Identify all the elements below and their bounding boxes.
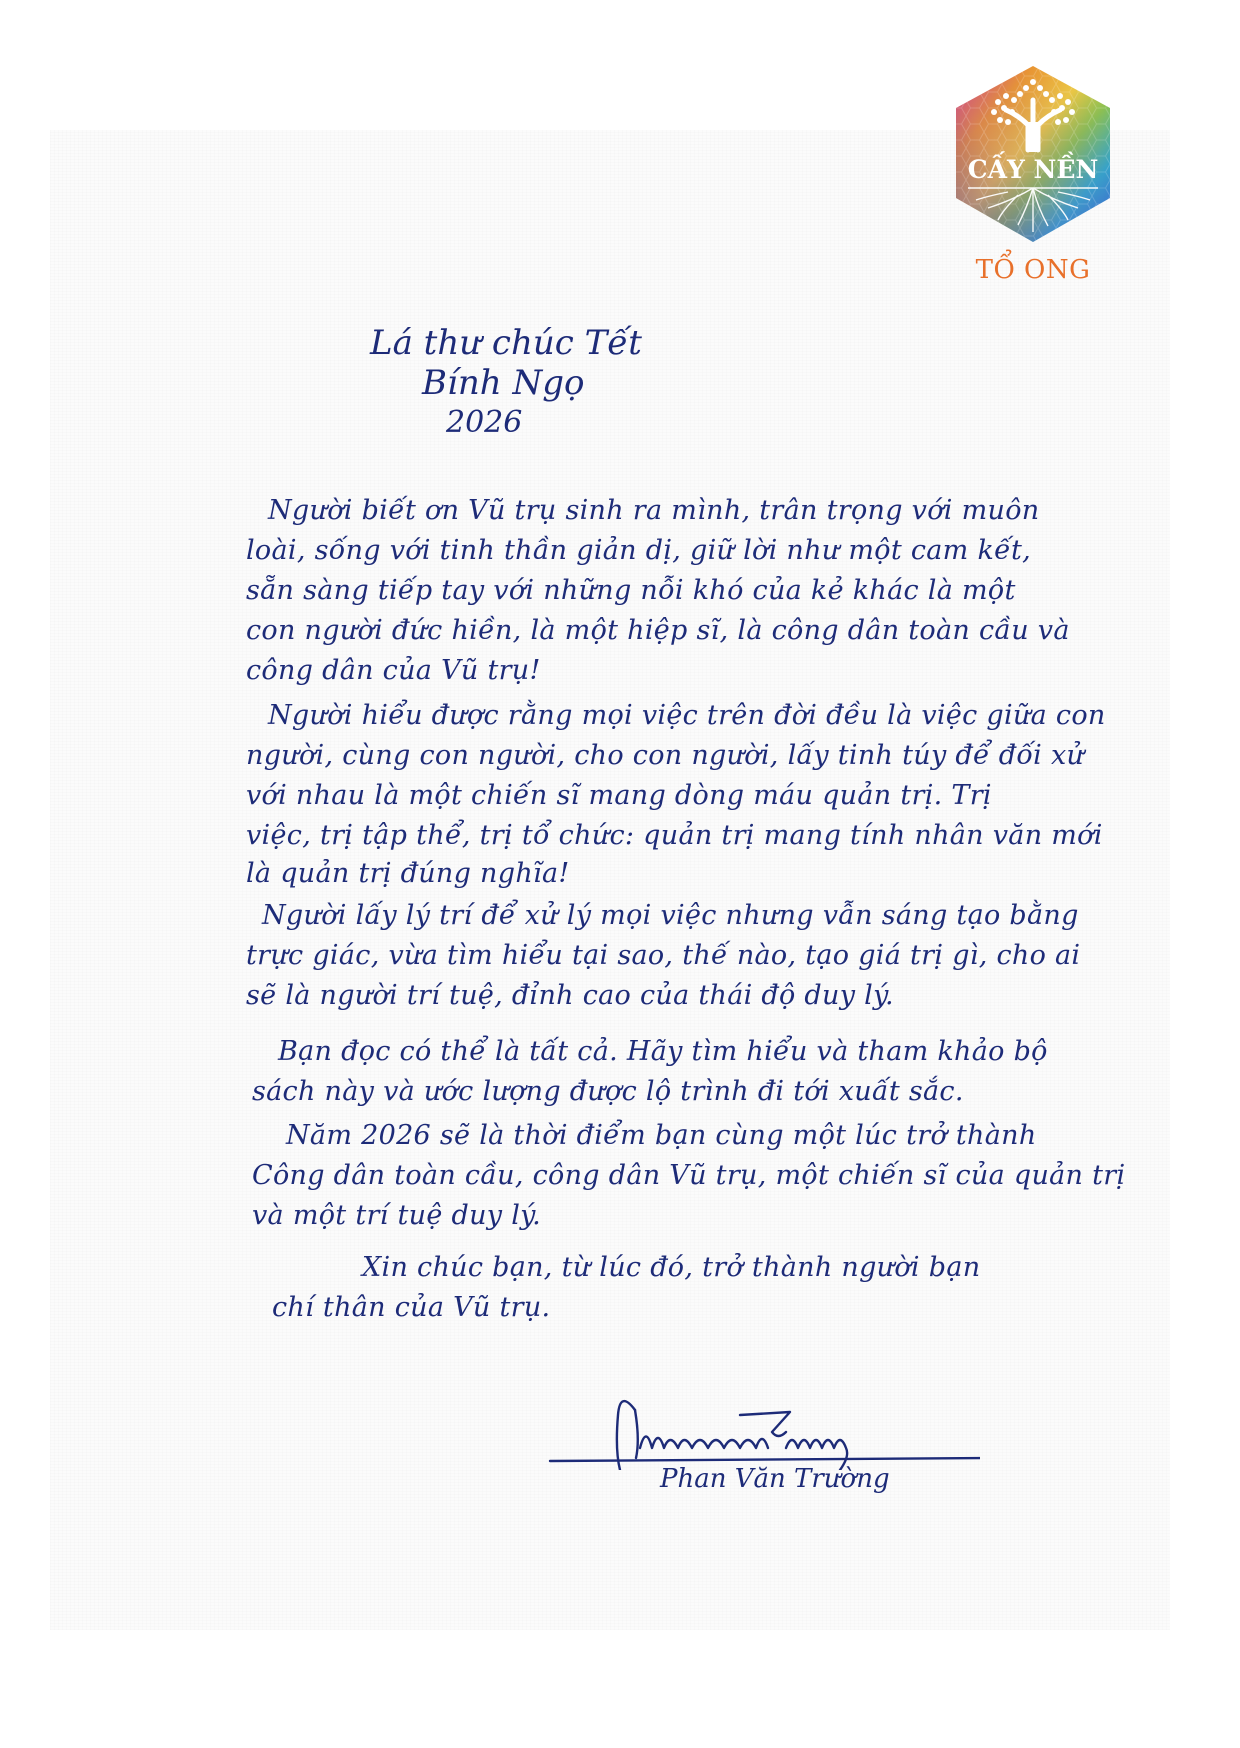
body-line: sẽ là người trí tuệ, đỉnh cao của thái đ… bbox=[246, 980, 894, 1011]
logo-title: CẤY NỀN bbox=[968, 152, 1099, 184]
body-line: Năm 2026 sẽ là thời điểm bạn cùng một lú… bbox=[286, 1120, 1037, 1151]
body-line: Người lấy lý trí để xử lý mọi việc nhưng… bbox=[262, 900, 1079, 931]
title-line-2: Bính Ngọ bbox=[422, 363, 584, 403]
signature-name: Phan Văn Trường bbox=[660, 1464, 890, 1494]
title-line-3: 2026 bbox=[446, 405, 522, 440]
body-line: chí thân của Vũ trụ. bbox=[272, 1292, 550, 1323]
cay-nen-to-ong-logo: CẤY NỀN TỔ ONG bbox=[948, 60, 1118, 300]
title-line-1: Lá thư chúc Tết bbox=[370, 323, 642, 363]
body-line: trực giác, vừa tìm hiểu tại sao, thế nào… bbox=[246, 940, 1080, 971]
body-line: Người hiểu được rằng mọi việc trên đời đ… bbox=[268, 700, 1106, 731]
body-line: công dân của Vũ trụ! bbox=[246, 655, 541, 686]
body-line: Xin chúc bạn, từ lúc đó, trở thành người… bbox=[362, 1252, 980, 1283]
body-line: sẵn sàng tiếp tay với những nỗi khó của … bbox=[246, 575, 1016, 606]
body-line: với nhau là một chiến sĩ mang dòng máu q… bbox=[246, 780, 992, 811]
body-line: Công dân toàn cầu, công dân Vũ trụ, một … bbox=[252, 1160, 1125, 1191]
tree-with-roots-hexagon-icon: CẤY NỀN bbox=[948, 60, 1118, 250]
body-line: và một trí tuệ duy lý. bbox=[252, 1200, 541, 1231]
body-line: người, cùng con người, cho con người, lấ… bbox=[246, 740, 1084, 771]
body-line: con người đức hiền, là một hiệp sĩ, là c… bbox=[246, 615, 1070, 646]
signature-block: Phan Văn Trường bbox=[540, 1370, 980, 1500]
body-line: loài, sống với tinh thần giản dị, giữ lờ… bbox=[246, 535, 1031, 566]
body-line: sách này và ước lượng được lộ trình đi t… bbox=[252, 1076, 964, 1107]
body-line: là quản trị đúng nghĩa! bbox=[246, 858, 570, 889]
body-line: Người biết ơn Vũ trụ sinh ra mình, trân … bbox=[268, 495, 1039, 526]
handwritten-signature-icon bbox=[540, 1370, 980, 1470]
logo-subtitle: TỔ ONG bbox=[948, 255, 1118, 285]
body-line: Bạn đọc có thể là tất cả. Hãy tìm hiểu v… bbox=[278, 1036, 1048, 1067]
body-line: việc, trị tập thể, trị tổ chức: quản trị… bbox=[246, 820, 1103, 851]
